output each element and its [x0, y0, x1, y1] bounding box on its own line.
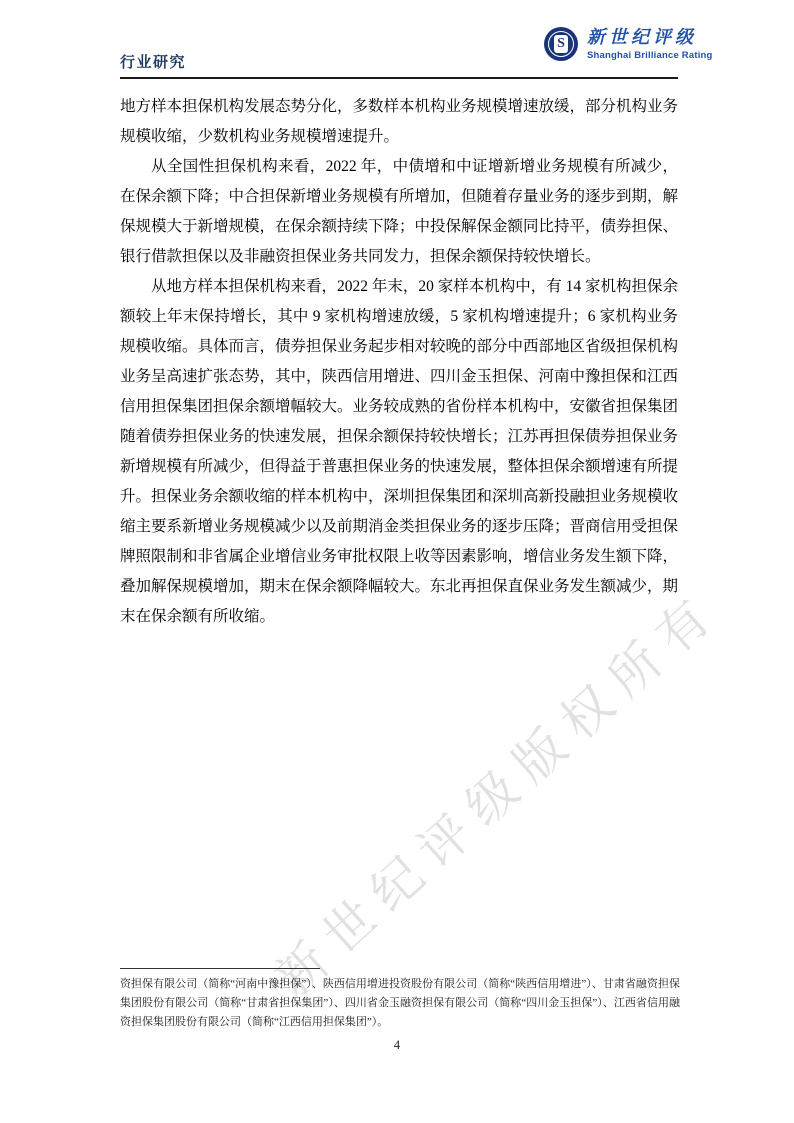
copyright-watermark: 新世纪评级版权所有	[257, 572, 733, 1011]
page-number: 4	[0, 1038, 794, 1053]
emblem-core-letter: S	[554, 35, 568, 53]
body-text-block: 地方样本担保机构发展态势分化，多数样本机构业务规模增速放缓，部分机构业务规模收缩…	[120, 92, 678, 632]
brand-name-en: Shanghai Brilliance Rating	[587, 50, 713, 61]
footnote-divider	[120, 968, 320, 969]
header-section-label: 行业研究	[120, 51, 186, 72]
brand-emblem-icon: S	[544, 27, 578, 61]
brand-name-cn: 新世纪评级	[587, 27, 713, 47]
paragraph-2: 从全国性担保机构来看，2022 年，中债增和中证增新增业务规模有所减少，在保余额…	[120, 152, 678, 272]
brand-text-block: 新世纪评级 Shanghai Brilliance Rating	[587, 27, 713, 61]
paragraph-3: 从地方样本担保机构来看，2022 年末，20 家样本机构中，有 14 家机构担保…	[120, 272, 678, 632]
brand-logo: S 新世纪评级 Shanghai Brilliance Rating	[544, 27, 713, 61]
header-divider	[120, 77, 678, 79]
footnote-text: 资担保有限公司（简称“河南中豫担保”）、陕西信用增进投资股份有限公司（简称“陕西…	[120, 975, 680, 1032]
paragraph-1: 地方样本担保机构发展态势分化，多数样本机构业务规模增速放缓，部分机构业务规模收缩…	[120, 92, 678, 152]
document-page: 新世纪评级版权所有 行业研究 S 新世纪评级 Shanghai Brillian…	[0, 0, 794, 1123]
